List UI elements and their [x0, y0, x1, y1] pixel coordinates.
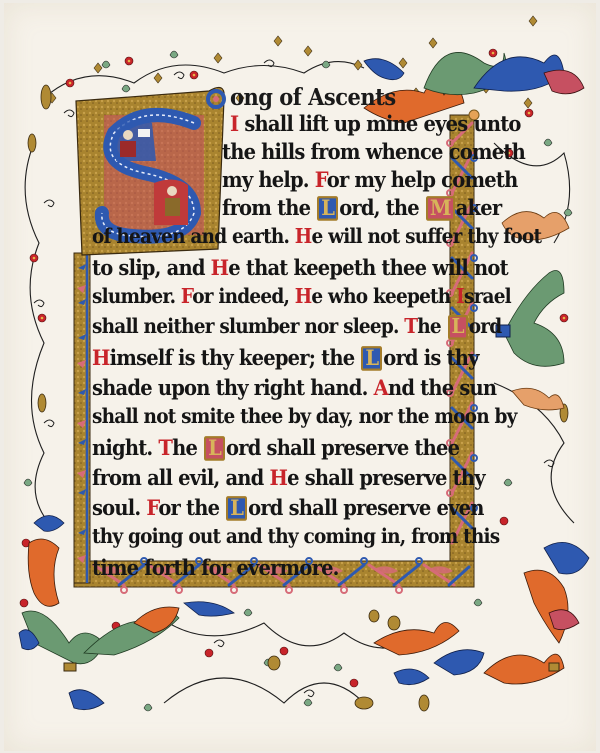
text-line: shall neither slumber nor sleep. The Lor… [92, 315, 501, 340]
text-line: soul. For the Lord shall preserve even [92, 495, 484, 521]
lord-initial: L [361, 346, 382, 371]
maker-initial: M [426, 196, 455, 221]
lord-initial: L [204, 436, 225, 461]
text-line: the hills from whence cometh [222, 139, 525, 165]
text-line: to slip, and He that keepeth thee will n… [92, 255, 508, 281]
text-line: shade upon thy right hand. And the sun [92, 375, 496, 401]
lord-initial: L [448, 315, 468, 340]
text-line: my help. For my help cometh [222, 167, 518, 193]
text-line: of heaven and earth. He will not suffer … [92, 225, 541, 249]
text-line: shall not smite thee by day, nor the moo… [92, 405, 517, 429]
text-line: time forth for evermore. [92, 555, 339, 581]
lord-initial: L [317, 196, 338, 221]
text-line: from all evil, and He shall preserve thy [92, 465, 485, 491]
title-text: ong of Ascents [230, 83, 396, 111]
text-line: night. The Lord shall preserve thee [92, 435, 459, 461]
text-line: Himself is thy keeper; the Lord is thy [92, 345, 479, 371]
text-line: slumber. For indeed, He who keepeth Isra… [92, 285, 511, 309]
text-line: I shall lift up mine eyes unto [230, 111, 521, 137]
left-border-bar [74, 253, 90, 583]
manuscript-page: ong of Ascents I shall lift up mine eyes… [4, 3, 596, 751]
text-line: thy going out and thy coming in, from th… [92, 525, 499, 549]
text-line: from the Lord, the Maker [222, 195, 501, 221]
lord-initial: L [226, 496, 247, 521]
page-title: ong of Ascents [230, 83, 396, 111]
